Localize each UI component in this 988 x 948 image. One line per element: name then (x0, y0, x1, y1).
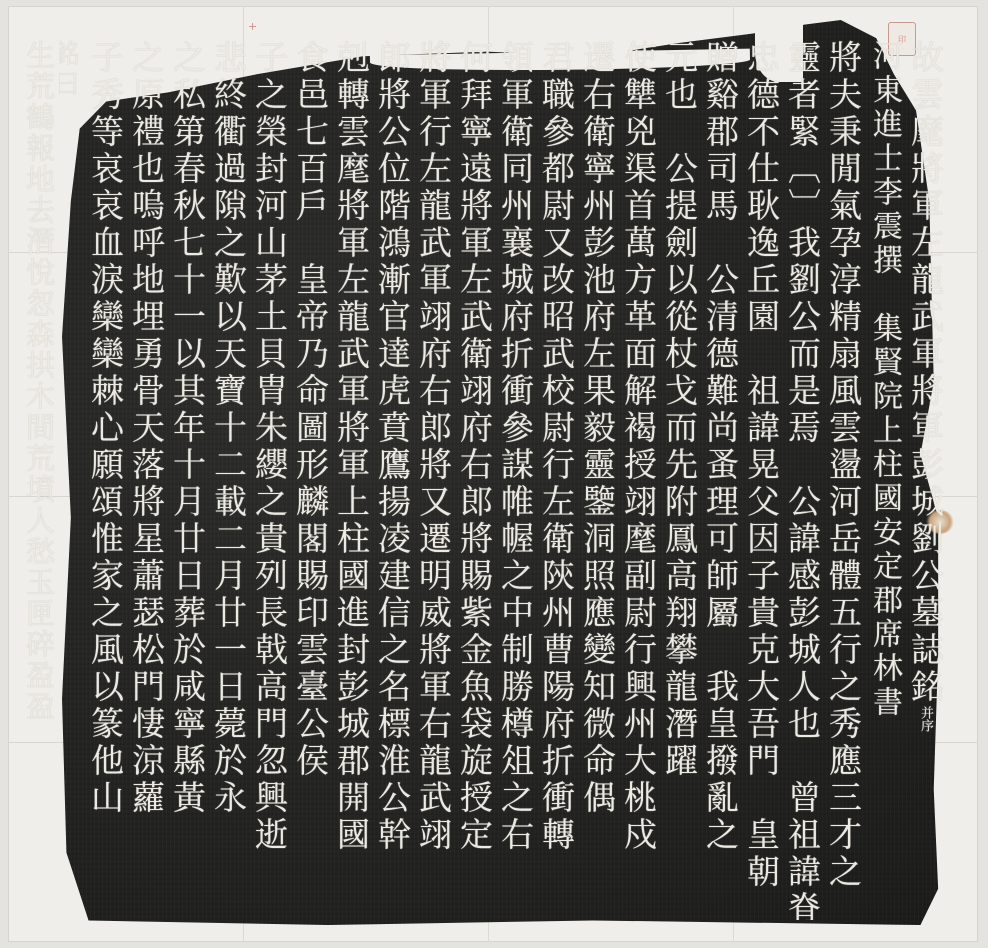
inscription-column: 食邑七百戶 皇帝乃命圖形麟閣賜印雲臺公侯 (290, 40, 331, 920)
inscription-column: 忠德不仕耿逸丘園 祖諱晃父因子貴克大吾門 皇朝 (741, 40, 782, 920)
inscription-column: 使犨兇渠首萬方革面解褐授翊麾副尉行興州大桃戍 (618, 40, 659, 920)
column-text: 君職參都尉又改昭武校尉行左衛陝州曹陽府折衝轉 (537, 40, 576, 854)
column-text: 使犨兇渠首萬方革面解褐授翊麾副尉行興州大桃戍 (619, 40, 658, 854)
column-text: 子之榮封河山茅土貝胄朱纓之貴列長戟高門忽興逝 (250, 40, 289, 854)
inscription-column: 之私第春秋七十一以其年十月廿日葬於咸寧縣黃 (167, 40, 208, 920)
inscription-column: 之原禮也嗚呼地埋勇骨天落將星蕭瑟松門悽涼蘿 (126, 40, 167, 920)
column-text: 故雲麾將軍左龍武軍將軍彭城劉公墓誌銘 (906, 40, 945, 706)
inscription-column: 何拜寧遠將軍左武衛翊府右郎將賜紫金魚袋旋授定 (454, 40, 495, 920)
column-note: 并序 (918, 706, 933, 732)
column-text: 將夫秉閒氣孕淳精扇風雲盪河岳體五行之秀應三才之 (824, 40, 863, 891)
inscription-column-title: 故雲麾將軍左龍武軍將軍彭城劉公墓誌銘并序 (905, 40, 946, 920)
inscription-column: 子之榮封河山茅土貝胄朱纓之貴列長戟高門忽興逝 (249, 40, 290, 920)
column-text: 忠德不仕耿逸丘園 祖諱晃父因子貴克大吾門 皇朝 (742, 40, 781, 891)
inscription-column: 贈谿郡司馬 公清德難尚蚤理可師屬 我皇撥亂之 (700, 40, 741, 920)
inscription-column: 靈者緊〔〕我劉公而是焉 公諱感彭城人也 曾祖諱脊 (782, 40, 823, 920)
inscription-column-ming-yue: 銘曰 (59, 40, 85, 920)
inscription-column: 領軍衛同州襄城府折衝參謀帷幄之中制勝樽俎之右 (495, 40, 536, 920)
inscription-column: 將軍行左龍武軍翊府右郎將又遷明威將軍右龍武翊 (413, 40, 454, 920)
inscription-column-ming-verse: 生荒鶴報地去潛悅怱森拱木間荒墳人愁玉匣碎盈盈 (18, 40, 59, 920)
column-text: 元也 公提劍以從杖戈而先附鳳高翔攀龍潛躍 (660, 40, 699, 780)
inscription-column: 悲終衢過隙之歎以天寶十二載二月廿一日薨於永 (208, 40, 249, 920)
inscription-column: 子秀等哀哀血淚欒欒棘心願頌惟家之風以篆他山 (85, 40, 126, 920)
column-text: 食邑七百戶 皇帝乃命圖形麟閣賜印雲臺公侯 (291, 40, 330, 780)
inscription-column: 君職參都尉又改昭武校尉行左衛陝州曹陽府折衝轉 (536, 40, 577, 920)
column-text: 領軍衛同州襄城府折衝參謀帷幄之中制勝樽俎之右 (496, 40, 535, 854)
inscription-column: 遷右衛寧州彭池府左果毅靈鑒洞照應變知微命偶 (577, 40, 618, 920)
column-text: 之原禮也嗚呼地埋勇骨天落將星蕭瑟松門悽涼蘿 (127, 40, 166, 817)
margin-mark: + (248, 20, 257, 33)
column-text: 生荒鶴報地去潛悅怱森拱木間荒墳人愁玉匣碎盈盈 (22, 40, 56, 722)
column-text: 悲終衢過隙之歎以天寶十二載二月廿一日薨於永 (209, 40, 248, 817)
inscription-column: 郎將公位階鴻漸官達虎賁鷹揚凌建信之名標淮公幹 (372, 40, 413, 920)
column-text: 銘曰 (59, 40, 79, 100)
column-text: 靈者緊〔〕我劉公而是焉 公諱感彭城人也 曾祖諱脊 (783, 40, 822, 920)
column-text: 贈谿郡司馬 公清德難尚蚤理可師屬 我皇撥亂之 (701, 40, 740, 854)
column-text: 何拜寧遠將軍左武衛翊府右郎將賜紫金魚袋旋授定 (455, 40, 494, 854)
column-text: 之私第春秋七十一以其年十月廿日葬於咸寧縣黃 (168, 40, 207, 817)
column-text: 子秀等哀哀血淚欒欒棘心願頌惟家之風以篆他山 (86, 40, 125, 817)
column-text: 剋轉雲麾將軍左龍武軍將軍上柱國進封彭城郡開國 (332, 40, 371, 854)
column-text: 河東進士李震撰 集賢院上柱國安定郡席林書 (867, 40, 902, 720)
inscription-column: 將夫秉閒氣孕淳精扇風雲盪河岳體五行之秀應三才之 (823, 40, 864, 920)
inscription-columns: 故雲麾將軍左龍武軍將軍彭城劉公墓誌銘并序 河東進士李震撰 集賢院上柱國安定郡席林… (18, 40, 946, 920)
column-text: 遷右衛寧州彭池府左果毅靈鑒洞照應變知微命偶 (578, 40, 617, 817)
column-text: 郎將公位階鴻漸官達虎賁鷹揚凌建信之名標淮公幹 (373, 40, 412, 854)
inscription-column: 元也 公提劍以從杖戈而先附鳳高翔攀龍潛躍 (659, 40, 700, 920)
inscription-column-author: 河東進士李震撰 集賢院上柱國安定郡席林書 (864, 40, 905, 920)
column-text: 將軍行左龍武軍翊府右郎將又遷明威將軍右龍武翊 (414, 40, 453, 854)
inscription-column: 剋轉雲麾將軍左龍武軍將軍上柱國進封彭城郡開國 (331, 40, 372, 920)
